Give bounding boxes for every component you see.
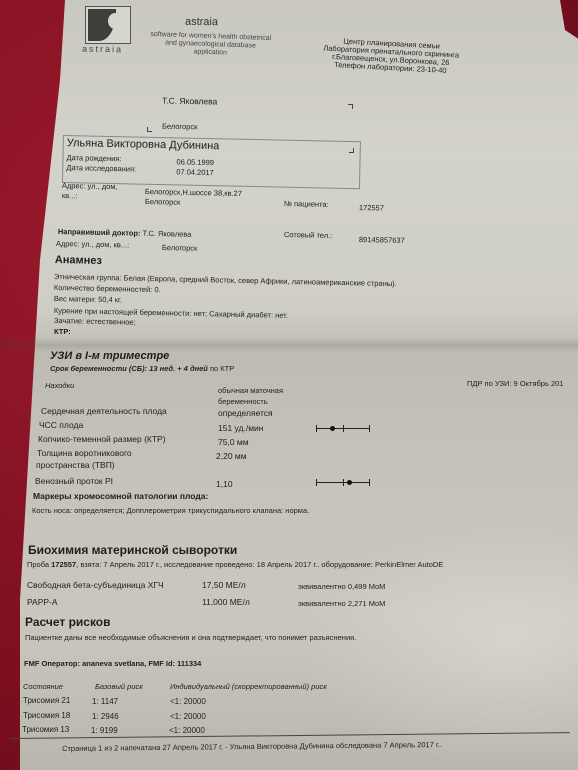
risk-base: 1: 2946 [92,712,119,721]
sample-no: 172557 [51,560,76,569]
us-row-label: Сердечная деятельность плода [41,406,167,416]
patient-no-value: 172557 [359,203,384,213]
ultrasound-title: УЗИ в I-м триместре [50,350,169,362]
risk-title: Расчет рисков [25,615,111,629]
us-row-label: Копчико-теменной размер (КТР) [38,434,166,444]
risk-note: Пациентке даны все необходимые объяснени… [25,633,356,642]
edd: ПДР по УЗИ: 9 Октябрь 201 [467,379,563,388]
patient-no-label: № пациента: [284,199,329,209]
biochem-value: 17,50 МЕ/л [202,580,246,590]
risk-base: 1: 9199 [91,726,118,735]
us-row-label-2: пространства (ТВП) [36,460,115,470]
us-row-label: ЧСС плода [39,420,83,430]
app-name: astraia [185,16,218,29]
risk-base: 1: 1147 [92,697,118,706]
findings-value: обычная маточная [218,386,283,395]
dob-value: 06.05.1999 [176,157,214,167]
sample-prefix: Проба [27,560,51,569]
address-window-corner [147,127,152,132]
us-row-label: Толщина воротникового [37,448,132,458]
addressee-city: Белогорск [162,122,198,132]
us-row-value: 2,20 мм [216,451,247,461]
us-row-label: Венозный проток PI [35,476,113,486]
biochem-name: PAPP-A [27,597,58,607]
patient-name: Ульяна Викторовна Дубинина [67,137,220,152]
biochem-value: 11,000 МЕ/л [202,597,250,607]
gestational-age-value: Срок беременности (СБ): 13 нед. + 4 дней [50,364,208,373]
fhr-range-indicator [316,425,370,431]
referring-address: Белогорск [162,243,198,253]
biochem-mom: эквивалентно 2,271 MoM [298,599,385,608]
address-line-2: Белогорск [145,197,181,207]
gestational-age: Срок беременности (СБ): 13 нед. + 4 дней… [50,364,234,373]
risk-individual: <1: 20000 [170,697,206,706]
logo-word: astraia [82,44,123,55]
findings-value-2: беременность [218,397,268,406]
risk-header: Состояние [23,682,63,691]
us-row-value: 151 уд./мин [218,423,263,433]
anamnesis-title: Анамнез [55,254,102,267]
referring-address-label: Адрес: ул., дом, кв...: [56,239,130,250]
risk-condition: Трисомия 18 [23,711,70,720]
app-tagline: software for women's health obstetrical … [148,31,274,59]
exam-date-label: Дата исследования: [66,163,136,173]
ductus-venosus-range-indicator [316,479,370,485]
phone-value: 89145857637 [359,235,405,245]
astraia-logo-icon [85,6,131,44]
risk-individual: <1: 20000 [170,712,206,721]
sample-suffix: , взята: 7 Апрель 2017 г., исследование … [76,560,443,569]
risk-individual: <1: 20000 [169,726,205,735]
anamnesis-line: Зачатие: естественное; [54,316,136,327]
risk-condition: Трисомия 21 [23,696,70,705]
risk-header: Базовый риск [95,682,143,691]
markers-text: Кость носа: определяется; Допплерометрия… [32,506,309,515]
risk-header: Индивидуальный (скорректированный) риск [170,682,327,691]
findings-label: Находки [45,381,74,390]
markers-title: Маркеры хромосомной патологии плода: [33,491,208,501]
us-row-value: определяется [218,408,273,418]
us-row-value: 1,10 [216,479,233,489]
phone-label: Сотовый тел.: [284,230,333,240]
fmf-operator: FMF Оператор: ananeva svetlana, FMF Id: … [24,659,201,668]
exam-date-value: 07.04.2017 [176,167,214,177]
biochem-mom: эквивалентно 0,499 MoM [298,582,385,591]
risk-condition: Трисомия 13 [22,725,69,734]
referring-label: Направивший доктор: [58,227,141,238]
biochem-name: Свободная бета-субъединица ХГЧ [27,580,164,590]
sample-info: Проба 172557, взята: 7 Апрель 2017 г., и… [27,560,443,569]
gestational-age-suffix: по КТР [208,364,234,373]
addressee-name: Т.С. Яковлева [162,96,217,107]
dob-label: Дата рождения: [66,153,121,163]
address-label: Адрес: ул., дом, [62,181,118,191]
address-label-2: кв...: [62,191,78,200]
us-row-value: 75,0 мм [218,437,249,447]
ktr-label: КТР: [54,327,71,336]
biochem-title: Биохимия материнской сыворотки [28,543,237,557]
referring-name: Т.С. Яковлева [142,229,191,239]
anamnesis-line: Вес матери: 50,4 кг. [54,294,122,304]
address-window-corner [348,104,353,109]
